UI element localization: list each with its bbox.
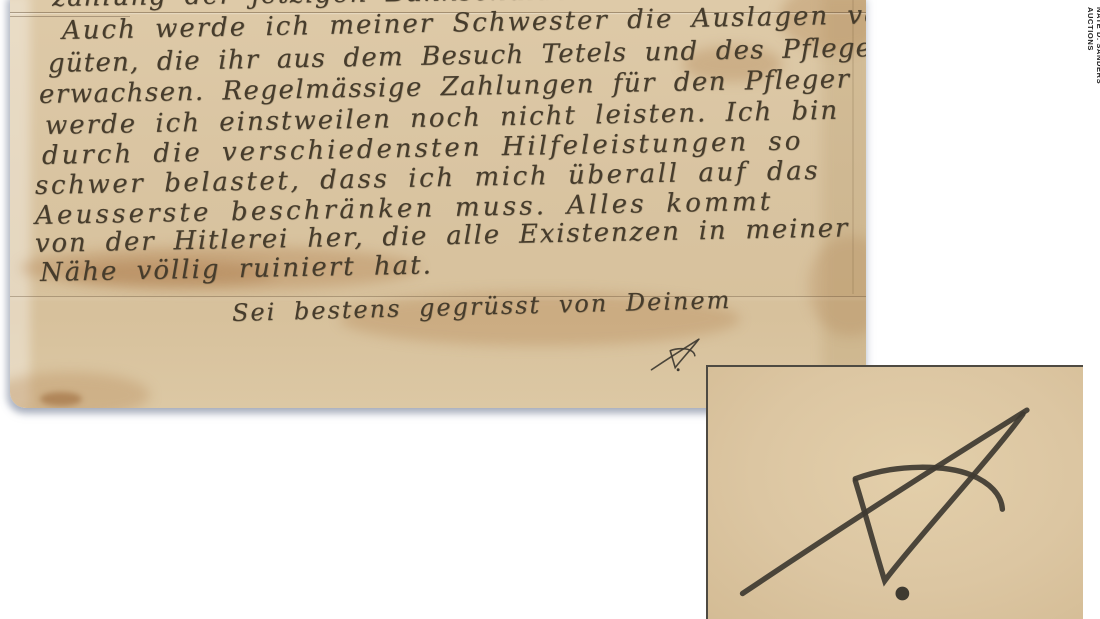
paper-stain [10,0,30,408]
handwritten-line-10: Nähe völlig ruiniert hat. [40,250,433,288]
photo-credit: NATE D. SANDERS AUCTIONS [1086,7,1100,117]
einstein-signature-large [708,367,1083,619]
ink-dot [896,587,910,601]
einstein-signature-small [646,332,708,374]
signature-closeup-inset [706,365,1083,619]
paper-stain [10,372,150,408]
letter-photograph: zahlung der jetzigen Bankschulden zu erl… [10,0,866,408]
paper-stain [40,392,82,406]
page-canvas: zahlung der jetzigen Bankschulden zu erl… [0,0,1100,619]
paper-stain [808,236,866,336]
